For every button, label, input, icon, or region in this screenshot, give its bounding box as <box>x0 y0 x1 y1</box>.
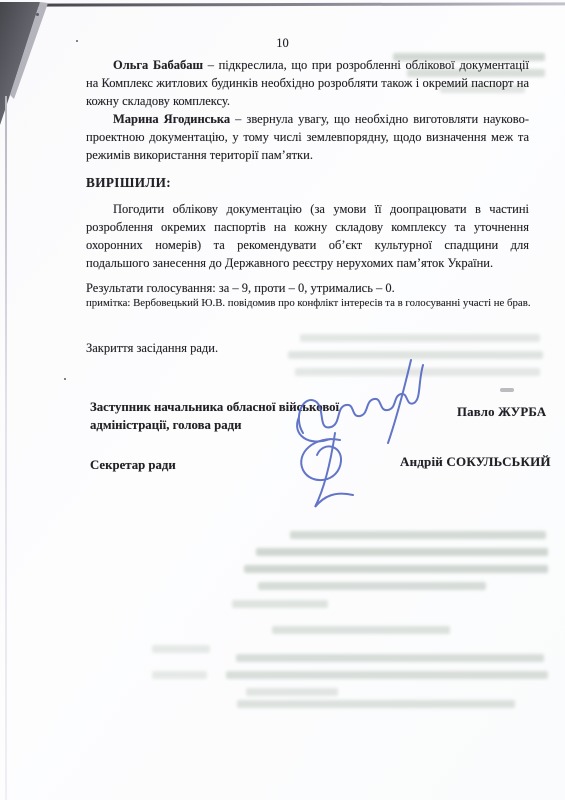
signatory-name-pavlo-zhurba: Павло ЖУРБА <box>457 405 546 420</box>
document-body: Ольга Бабабаш – підкреслила, що при розр… <box>86 56 529 357</box>
speaker-name-2: Марина Ягодинська <box>113 112 230 126</box>
decision-heading: ВИРІШИЛИ: <box>86 174 529 192</box>
scan-corner-fold <box>0 0 60 130</box>
scan-speck <box>500 388 514 392</box>
bleed-through-line <box>256 548 548 556</box>
scanned-document-page: 10 Ольга Бабабаш – підкреслила, що при р… <box>0 0 565 800</box>
signatory-title-secretary: Секретар ради <box>90 458 176 473</box>
paragraph-speaker-1: Ольга Бабабаш – підкреслила, що при розр… <box>86 56 529 110</box>
scan-speck <box>36 13 39 16</box>
scan-top-edge <box>18 2 565 6</box>
decision-body: Погодити облікову документацію (за умови… <box>86 200 529 272</box>
speaker-name-1: Ольга Бабабаш <box>113 58 203 72</box>
bleed-through-line <box>152 645 210 653</box>
bleed-through-line <box>290 531 546 539</box>
signature-ink-zhurba <box>297 360 423 443</box>
handwritten-signatures <box>285 355 445 515</box>
bleed-through-line <box>236 654 544 662</box>
bleed-through-line <box>152 671 207 679</box>
scan-left-page-edge <box>5 96 7 800</box>
page-number: 10 <box>0 36 565 51</box>
voting-results: Результати голосування: за – 9, проти – … <box>86 281 529 296</box>
voting-note: примітка: Вербовецький Ю.В. повідомив пр… <box>86 296 543 312</box>
bleed-through-line <box>258 582 486 590</box>
scan-speck <box>64 378 66 380</box>
bleed-through-line <box>272 626 450 634</box>
bleed-through-line <box>244 565 548 573</box>
paragraph-speaker-2: Марина Ягодинська – звернула увагу, що н… <box>86 110 529 164</box>
bleed-through-line <box>246 688 338 696</box>
signature-ink-sokulskyi <box>301 433 353 507</box>
closing-line: Закриття засідання ради. <box>86 339 529 357</box>
bleed-through-line <box>226 671 548 679</box>
bleed-through-line <box>232 600 328 608</box>
bleed-through-line <box>237 700 515 708</box>
